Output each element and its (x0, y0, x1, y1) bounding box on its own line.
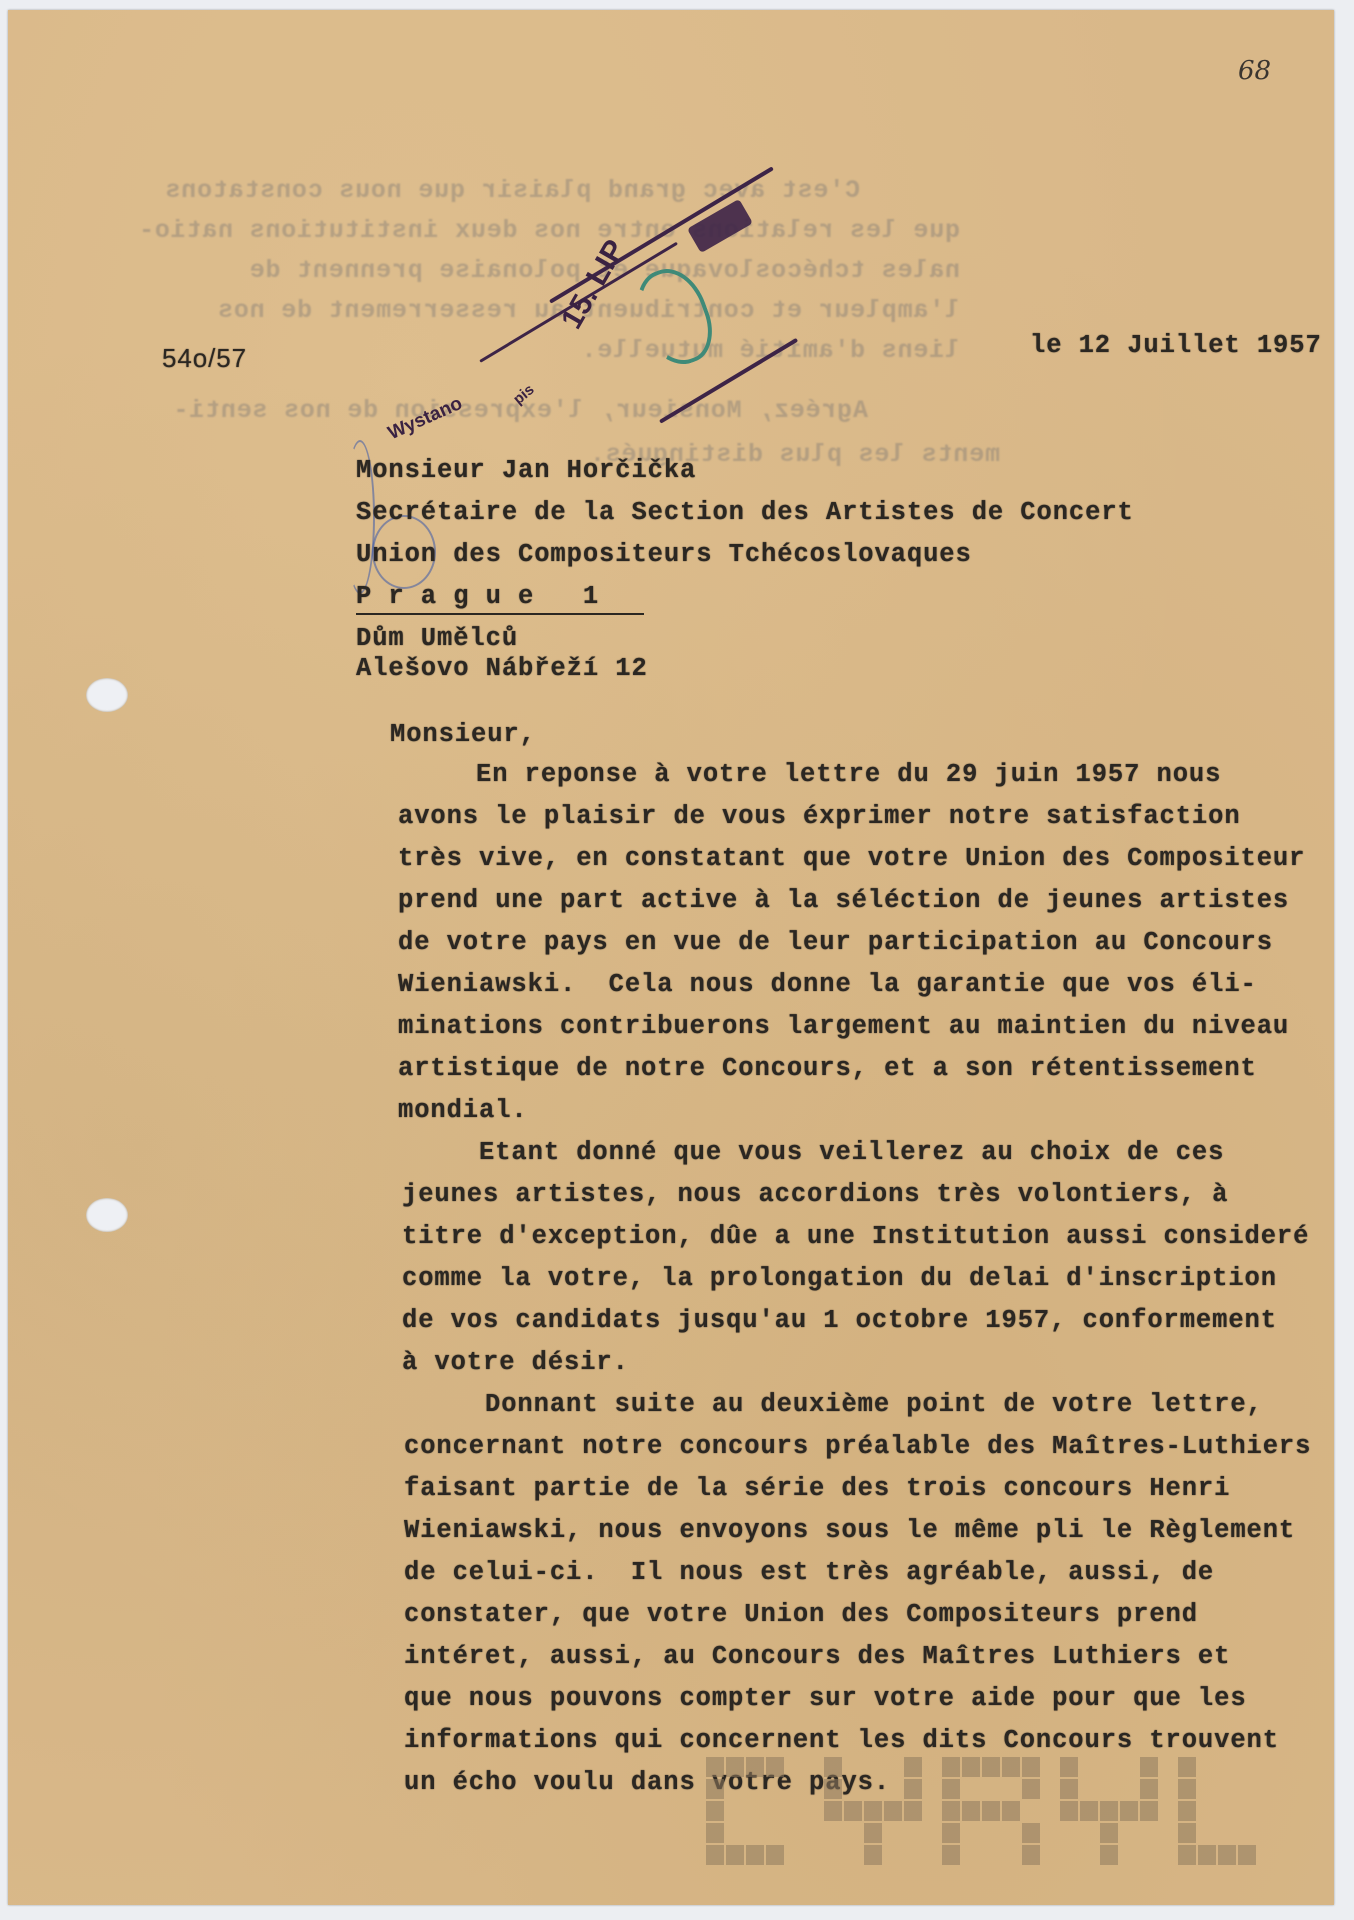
body-line: faisant partie de la série des trois con… (404, 1476, 1230, 1502)
body-line: avons le plaisir de vous éxprimer notre … (398, 804, 1241, 830)
recipient-street: Alešovo Nábřeží 12 (356, 656, 648, 682)
body-line: constater, que votre Union des Composite… (404, 1602, 1198, 1628)
salutation: Monsieur, (390, 722, 536, 748)
ghost-line: que les relations entre nos deux institu… (138, 218, 960, 243)
punch-hole (86, 678, 128, 712)
body-line: Etant donné que vous veillerez au choix … (398, 1140, 1224, 1166)
body-line: de vos candidats jusqu'au 1 octobre 1957… (402, 1308, 1277, 1334)
recipient-title: Secrétaire de la Section des Artistes de… (356, 500, 1134, 526)
ghost-line: liens d'amitié mutuelle. (581, 338, 960, 363)
punch-hole (86, 1198, 128, 1232)
body-line: jeunes artistes, nous accordions très vo… (402, 1182, 1228, 1208)
watermark-letter-y (824, 1757, 922, 1865)
recipient-name: Monsieur Jan Horčička (356, 458, 696, 484)
cyryl-watermark (706, 1757, 1276, 1865)
body-line: artistique de notre Concours, et a son r… (398, 1056, 1257, 1082)
page-number: 68 (1238, 56, 1271, 86)
recipient-city: P r a g u e 1 (356, 584, 599, 610)
body-line: informations qui concernent les dits Con… (404, 1728, 1279, 1754)
body-line: Wieniawski, nous envoyons sous le même p… (404, 1518, 1295, 1544)
body-line: que nous pouvons compter sur votre aide … (404, 1686, 1247, 1712)
body-line: minations contribuerons largement au mai… (398, 1014, 1289, 1040)
watermark-letter-y (1060, 1757, 1158, 1865)
body-line: En reponse à votre lettre du 29 juin 195… (395, 762, 1221, 788)
body-line: Donnant suite au deuxième point de votre… (404, 1392, 1263, 1418)
body-line: de votre pays en vue de leur participati… (398, 930, 1273, 956)
body-line: à votre désir. (402, 1350, 629, 1376)
body-line: de celui-ci. Il nous est très agréable, … (404, 1560, 1214, 1586)
watermark-letter-r (942, 1757, 1040, 1865)
watermark-letter-l (1178, 1757, 1276, 1865)
body-line: très vive, en constatant que votre Union… (398, 846, 1305, 872)
body-line: intéret, aussi, au Concours des Maîtres … (404, 1644, 1230, 1670)
ghost-line: C'est avec grand plaisir que nous consta… (165, 178, 860, 203)
watermark-letter-c (706, 1757, 804, 1865)
body-line: Wieniawski. Cela nous donne la garantie … (398, 972, 1257, 998)
recipient-organization: Union des Compositeurs Tchécoslovaques (356, 542, 972, 568)
letter-date: le 12 Juillet 1957 (1030, 333, 1322, 359)
body-line: comme la votre, la prolongation du delai… (402, 1266, 1277, 1292)
recipient-building: Dům Umělců (356, 626, 518, 652)
body-line: concernant notre concours préalable des … (404, 1434, 1311, 1460)
body-line: prend une part active à la séléction de … (398, 888, 1289, 914)
reference-number: 54o/57 (162, 345, 247, 371)
body-line: mondial. (398, 1098, 528, 1124)
body-line: titre d'exception, dûe a une Institution… (402, 1224, 1309, 1250)
city-underline (356, 613, 644, 615)
